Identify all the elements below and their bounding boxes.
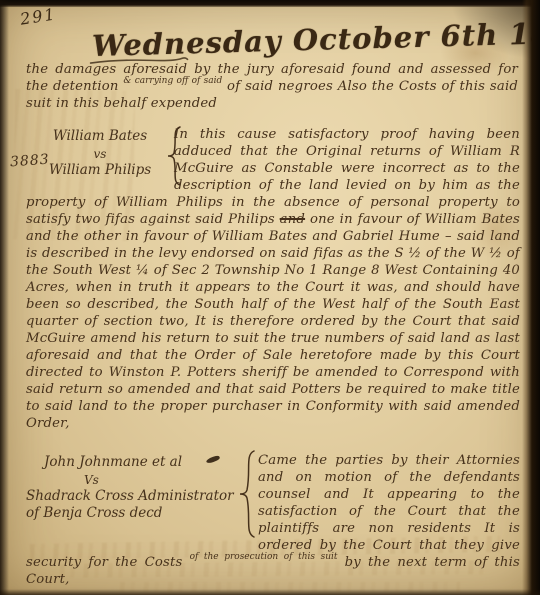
caption-defendant: Shadrack Cross Administrator: [26, 488, 258, 506]
case-caption: John Johnmane et al Vs Shadrack Cross Ad…: [26, 452, 258, 542]
struck-word: and: [280, 212, 305, 227]
page-content: Wednesday October 6th 1847 the damages a…: [0, 0, 540, 588]
entry-body-text: one in favour of William Bates and the o…: [26, 212, 520, 431]
court-entry-johnmane-v-cross: John Johnmane et al Vs Shadrack Cross Ad…: [26, 452, 520, 588]
caption-plaintiff: John Johnmane et al: [26, 454, 258, 472]
intro-paragraph: the damages aforesaid by the jury afores…: [26, 61, 518, 112]
caption-plaintiff: William Bates: [26, 128, 174, 146]
book-gutter-edge: [522, 0, 540, 595]
caption-defendant-line2: of Benja Cross decd: [26, 505, 258, 523]
interlined-insertion: of the prosecution of this suit: [190, 552, 338, 562]
page-edge-bottom: [0, 589, 540, 595]
manuscript-page: 291 Wednesday October 6th 1847 the damag…: [0, 0, 540, 595]
curly-brace-icon: [238, 450, 256, 538]
interlined-insertion: & carrying off of said: [123, 76, 222, 86]
caption-versus: Vs: [26, 472, 258, 488]
page-edge-top: [0, 0, 540, 7]
page-edge-left: [0, 0, 9, 595]
court-entry-bates-v-philips: 3883 William Bates vs William Philips In…: [26, 126, 520, 432]
curly-brace-icon: [166, 126, 182, 186]
docket-number: 3883: [9, 152, 50, 171]
